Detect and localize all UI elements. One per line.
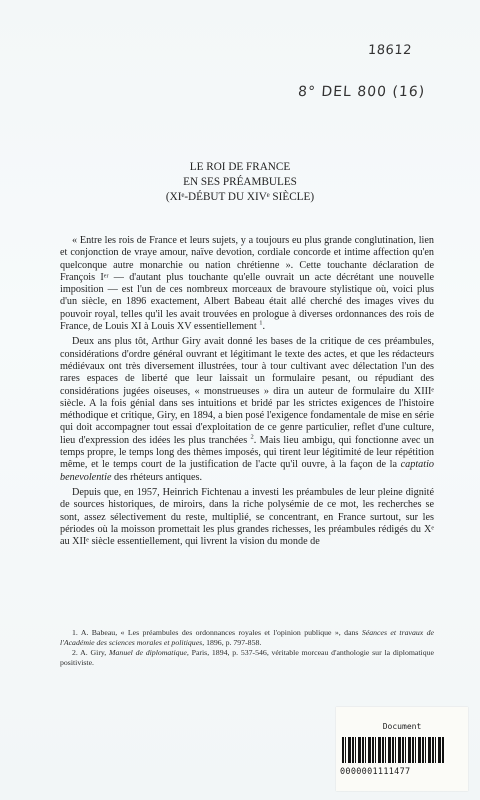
footnotes: 1. A. Babeau, « Les préambules des ordon… xyxy=(60,628,434,668)
paragraph-2-text: Deux ans plus tôt, Arthur Giry avait don… xyxy=(60,336,434,445)
paragraph-3: Depuis que, en 1957, Heinrich Fichtenau … xyxy=(60,487,434,548)
footnote-2-title: Manuel de diplomatique xyxy=(109,648,187,657)
footnote-1: 1. A. Babeau, « Les préambules des ordon… xyxy=(60,628,434,648)
footnote-1-text: 1. A. Babeau, « Les préambules des ordon… xyxy=(72,628,362,637)
footnote-2-text: 2. A. Giry, xyxy=(72,648,109,657)
chapter-title: LE ROI DE FRANCE EN SES PRÉAMBULES (XIᵉ-… xyxy=(0,160,480,205)
handwritten-shelfmark: 8° DEL 800 (16) xyxy=(297,84,425,100)
title-line-2: EN SES PRÉAMBULES xyxy=(0,175,480,190)
footnote-1-end: , 1896, p. 797-858. xyxy=(202,638,261,647)
paragraph-2-end: des rhéteurs antiques. xyxy=(111,472,202,483)
scanned-page: 18612 8° DEL 800 (16) LE ROI DE FRANCE E… xyxy=(0,0,480,800)
title-line-1: LE ROI DE FRANCE xyxy=(0,160,480,175)
paragraph-1-text: « Entre les rois de France et leurs suje… xyxy=(60,235,434,332)
barcode-icon xyxy=(342,737,444,763)
barcode-label-title: Document xyxy=(336,722,468,731)
body-text: « Entre les rois de France et leurs suje… xyxy=(60,235,434,551)
title-line-3: (XIᵉ-DÉBUT DU XIVᵉ SIÈCLE) xyxy=(0,190,480,205)
paragraph-1-end: . xyxy=(263,321,266,332)
handwritten-number: 18612 xyxy=(367,43,412,58)
barcode-label: Document 0000001111477 xyxy=(336,707,468,791)
paragraph-2: Deux ans plus tôt, Arthur Giry avait don… xyxy=(60,336,434,484)
barcode-number: 0000001111477 xyxy=(340,767,410,777)
footnote-2: 2. A. Giry, Manuel de diplomatique, Pari… xyxy=(60,648,434,668)
paragraph-1: « Entre les rois de France et leurs suje… xyxy=(60,235,434,333)
